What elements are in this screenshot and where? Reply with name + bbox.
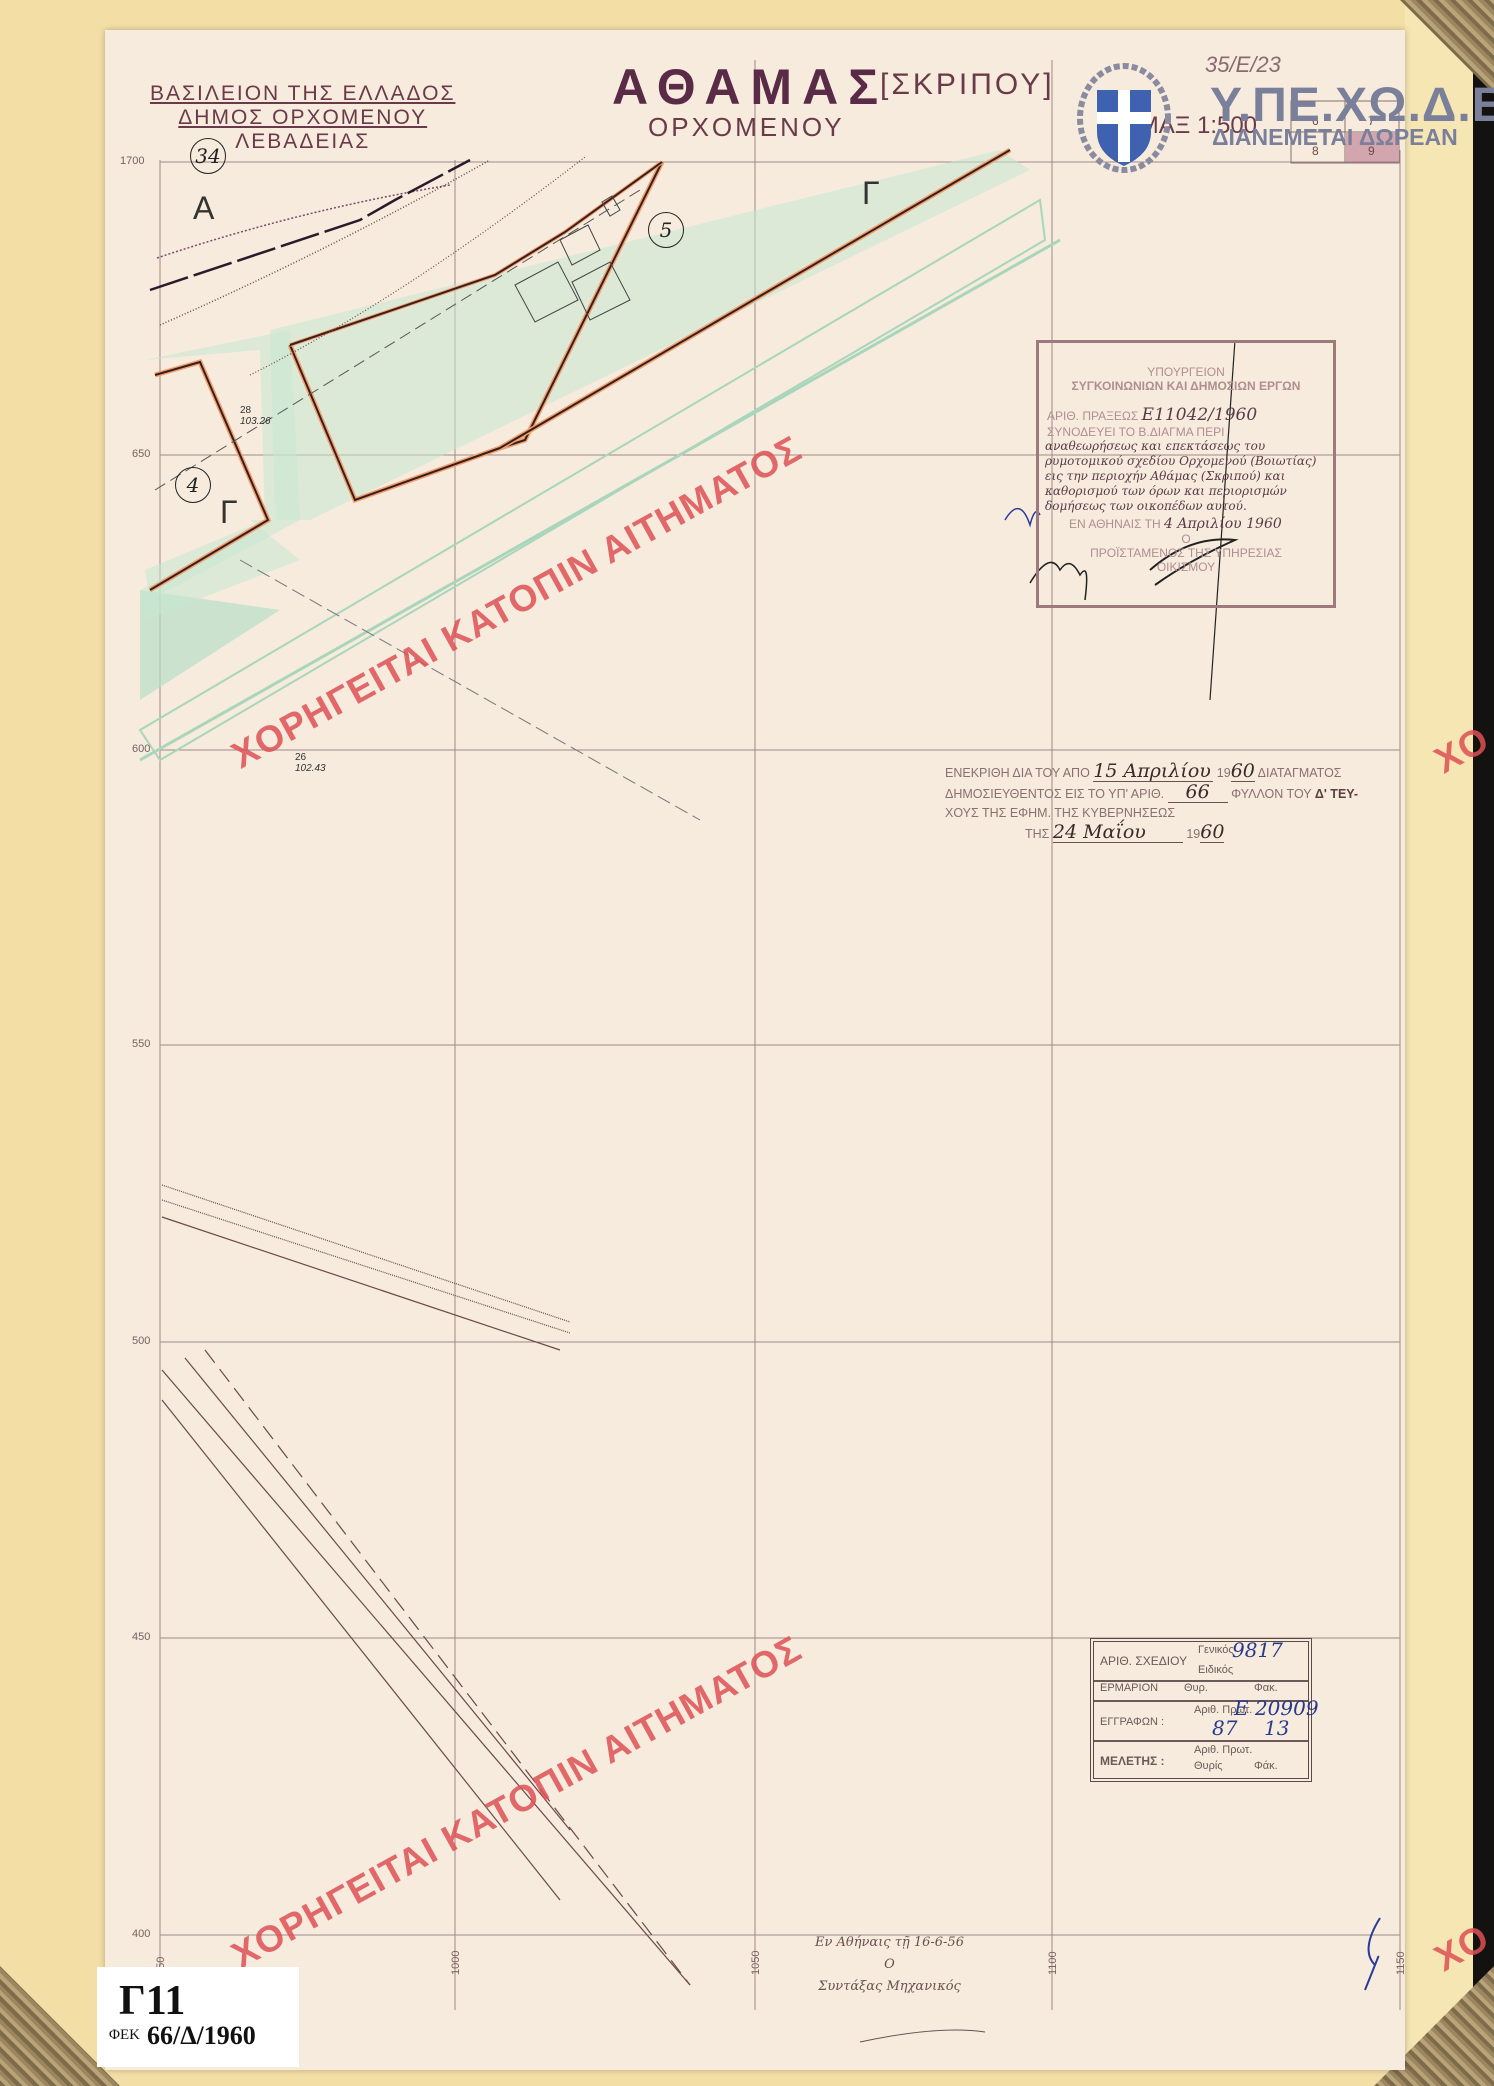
service-head-label: ΠΡΟΪΣΤΑΜΕΝΟΣ ΤΗΣ ΥΠΗΡΕΣΙΑΣ <box>1039 546 1333 560</box>
greek-coat-of-arms-icon <box>1075 62 1173 174</box>
decree-label: ΔΙΑΤΑΓΜΑΤΟΣ <box>1258 766 1342 780</box>
gazette-approval-block: ΕΝΕΚΡΙΘΗ ΔΙΑ ΤΟΥ ΑΠΟ 15 Απριλίου 1960 ΔΙ… <box>945 762 1358 844</box>
ministry-name-2: ΣΥΓΚΟΙΝΩΝΙΩΝ ΚΑΙ ΔΗΜΟΣΙΩΝ ΕΡΓΩΝ <box>1039 379 1333 393</box>
cabinet-folder-label: Φακ. <box>1254 1682 1278 1694</box>
grid-label-y-600: 600 <box>132 743 150 755</box>
grid-label-y-400: 400 <box>132 1928 150 1940</box>
sheet-reference: 35/Ε/23 <box>1205 52 1281 78</box>
stamp-article: Ο <box>1039 532 1333 546</box>
year-prefix: 19 <box>1217 766 1231 780</box>
zone-label-g-upper: Γ <box>862 175 880 212</box>
attached-decree-label: ΣΥΝΟΔΕΥΕΙ ΤΟ Β.ΔΙΑΓΜΑ ΠΕΡΙ <box>1047 425 1333 439</box>
gazette-issue: Δ' ΤΕΥ- <box>1315 787 1358 801</box>
survey-point-28: 28103.26 <box>240 405 271 427</box>
gazette-number: 66 <box>1168 783 1228 803</box>
catalog-code: Γ11 <box>119 1977 185 2025</box>
stamp-date: 4 Απριλίου 1960 <box>1164 516 1282 532</box>
decree-description: αναθεωρήσεως και επεκτάσεως του ρυμοτομι… <box>1045 439 1327 514</box>
gazette-prefix: ΔΗΜΟΣΙΕΥΘΕΝΤΟΣ ΕΙΣ ΤΟ ΥΠ' ΑΡΙΘ. <box>945 787 1164 801</box>
grid-label-y-450: 450 <box>132 1631 150 1643</box>
map-title: ΑΘΑΜΑΣ <box>612 58 888 116</box>
documents-shelf-number: 87 <box>1212 1716 1237 1740</box>
kingdom-label: ΒΑΣΙΛΕΙΟΝ ΤΗΣ ΕΛΛΑΔΟΣ <box>150 82 455 106</box>
grid-label-y-650: 650 <box>132 448 150 460</box>
fek-label: ΦΕΚ <box>109 2027 140 2044</box>
grid-label-x-1000: 1000 <box>450 1951 462 1975</box>
compiler-title: Συντάξας Μηχανικός <box>815 1976 964 1998</box>
grid-label-y-500: 500 <box>132 1335 150 1347</box>
plan-number-label: ΑΡΙΘ. ΣΧΕΔΙΟΥ <box>1100 1654 1187 1668</box>
archive-stamp: ΑΡΙΘ. ΣΧΕΔΙΟΥ Γενικός 9817 Ειδικός ΕΡΜΑΡ… <box>1090 1638 1312 1782</box>
decree-year: 60 <box>1231 762 1255 782</box>
study-folder-label: Φάκ. <box>1254 1760 1278 1772</box>
act-number-label: ΑΡΙΘ. ΠΡΑΞΕΩΣ <box>1047 409 1138 423</box>
gazette-line3: ΧΟΥΣ ΤΗΣ ΕΦΗΜ. ΤΗΣ ΚΥΒΕΡΝΗΣΕΩΣ <box>945 804 1358 823</box>
place-label: ΕΝ ΑΘΗΝΑΙΣ ΤΗ <box>1069 517 1161 531</box>
approval-prefix: ΕΝΕΚΡΙΘΗ ΔΙΑ ΤΟΥ ΑΠΟ <box>945 766 1090 780</box>
grid-label-x-1150: 1150 <box>1395 1951 1407 1975</box>
catalog-label: Γ11 ΦΕΚ 66/Δ/1960 <box>97 1967 299 2067</box>
study-shelf-label: Θυρίς <box>1194 1760 1223 1772</box>
documents-label: ΕΓΓΡΑΦΩΝ : <box>1100 1716 1164 1728</box>
parcel-label-5: 5 <box>648 212 684 248</box>
gazette-sheet-label: ΦΥΛΛΟΝ ΤΟΥ <box>1231 787 1311 801</box>
general-plan-number: 9817 <box>1232 1638 1283 1662</box>
compiler-date: Εν Αθήναις τῇ 16-6-56 <box>815 1932 964 1954</box>
ministry-name-1: ΥΠΟΥΡΓΕΙΟΝ <box>1039 365 1333 379</box>
grid-label-x-1100: 1100 <box>1047 1951 1059 1975</box>
parcel-label-4: 4 <box>175 467 211 503</box>
compiler-article: Ο <box>815 1954 964 1976</box>
pub-prefix: ΤΗΣ <box>1025 827 1049 841</box>
grid-label-y-1700: 1700 <box>120 155 144 167</box>
publication-year: 60 <box>1200 823 1224 843</box>
study-label: ΜΕΛΕΤΗΣ : <box>1100 1754 1165 1768</box>
ministry-approval-stamp: ΥΠΟΥΡΓΕΙΟΝ ΣΥΓΚΟΙΝΩΝΙΩΝ ΚΑΙ ΔΗΜΟΣΙΩΝ ΕΡΓ… <box>1036 340 1336 608</box>
act-number-value: Ε11042/1960 <box>1142 405 1257 425</box>
cabinet-label: ΕΡΜΑΡΙΟΝ <box>1100 1682 1158 1694</box>
grid-label-y-550: 550 <box>132 1038 150 1050</box>
zone-label-g-lower: Γ <box>220 494 238 531</box>
survey-point-26: 26102.43 <box>295 752 326 774</box>
study-protocol-label: Αριθ. Πρωτ. <box>1194 1744 1252 1756</box>
service-dept-label: ΟΙΚΙΣΜΟΥ <box>1039 560 1333 574</box>
general-label: Γενικός <box>1198 1644 1234 1656</box>
cabinet-shelf-label: Θυρ. <box>1184 1682 1208 1694</box>
map-subtitle: ΟΡΧΟΜΕΝΟΥ <box>648 112 845 143</box>
decree-date: 15 Απριλίου <box>1093 762 1213 782</box>
publication-date: 24 Μαΐου <box>1053 823 1183 843</box>
distribution-note: ΔΙΑΝΕΜΕΤΑΙ ΔΩΡΕΑΝ <box>1212 124 1458 151</box>
fek-number: 66/Δ/1960 <box>147 2021 256 2051</box>
compiler-note: Εν Αθήναις τῇ 16-6-56 Ο Συντάξας Μηχανικ… <box>815 1932 964 1998</box>
former-name: [ΣΚΡΙΠΟΥ] <box>880 68 1055 102</box>
documents-folder-number: 13 <box>1264 1716 1289 1740</box>
grid-label-x-1050: 1050 <box>750 1951 762 1975</box>
municipality-label: ΔΗΜΟΣ ΟΡΧΟΜΕΝΟΥ <box>150 106 455 130</box>
zone-label-a: Α <box>193 190 214 227</box>
special-label: Ειδικός <box>1198 1664 1233 1676</box>
parcel-label-34: 34 <box>190 138 226 174</box>
